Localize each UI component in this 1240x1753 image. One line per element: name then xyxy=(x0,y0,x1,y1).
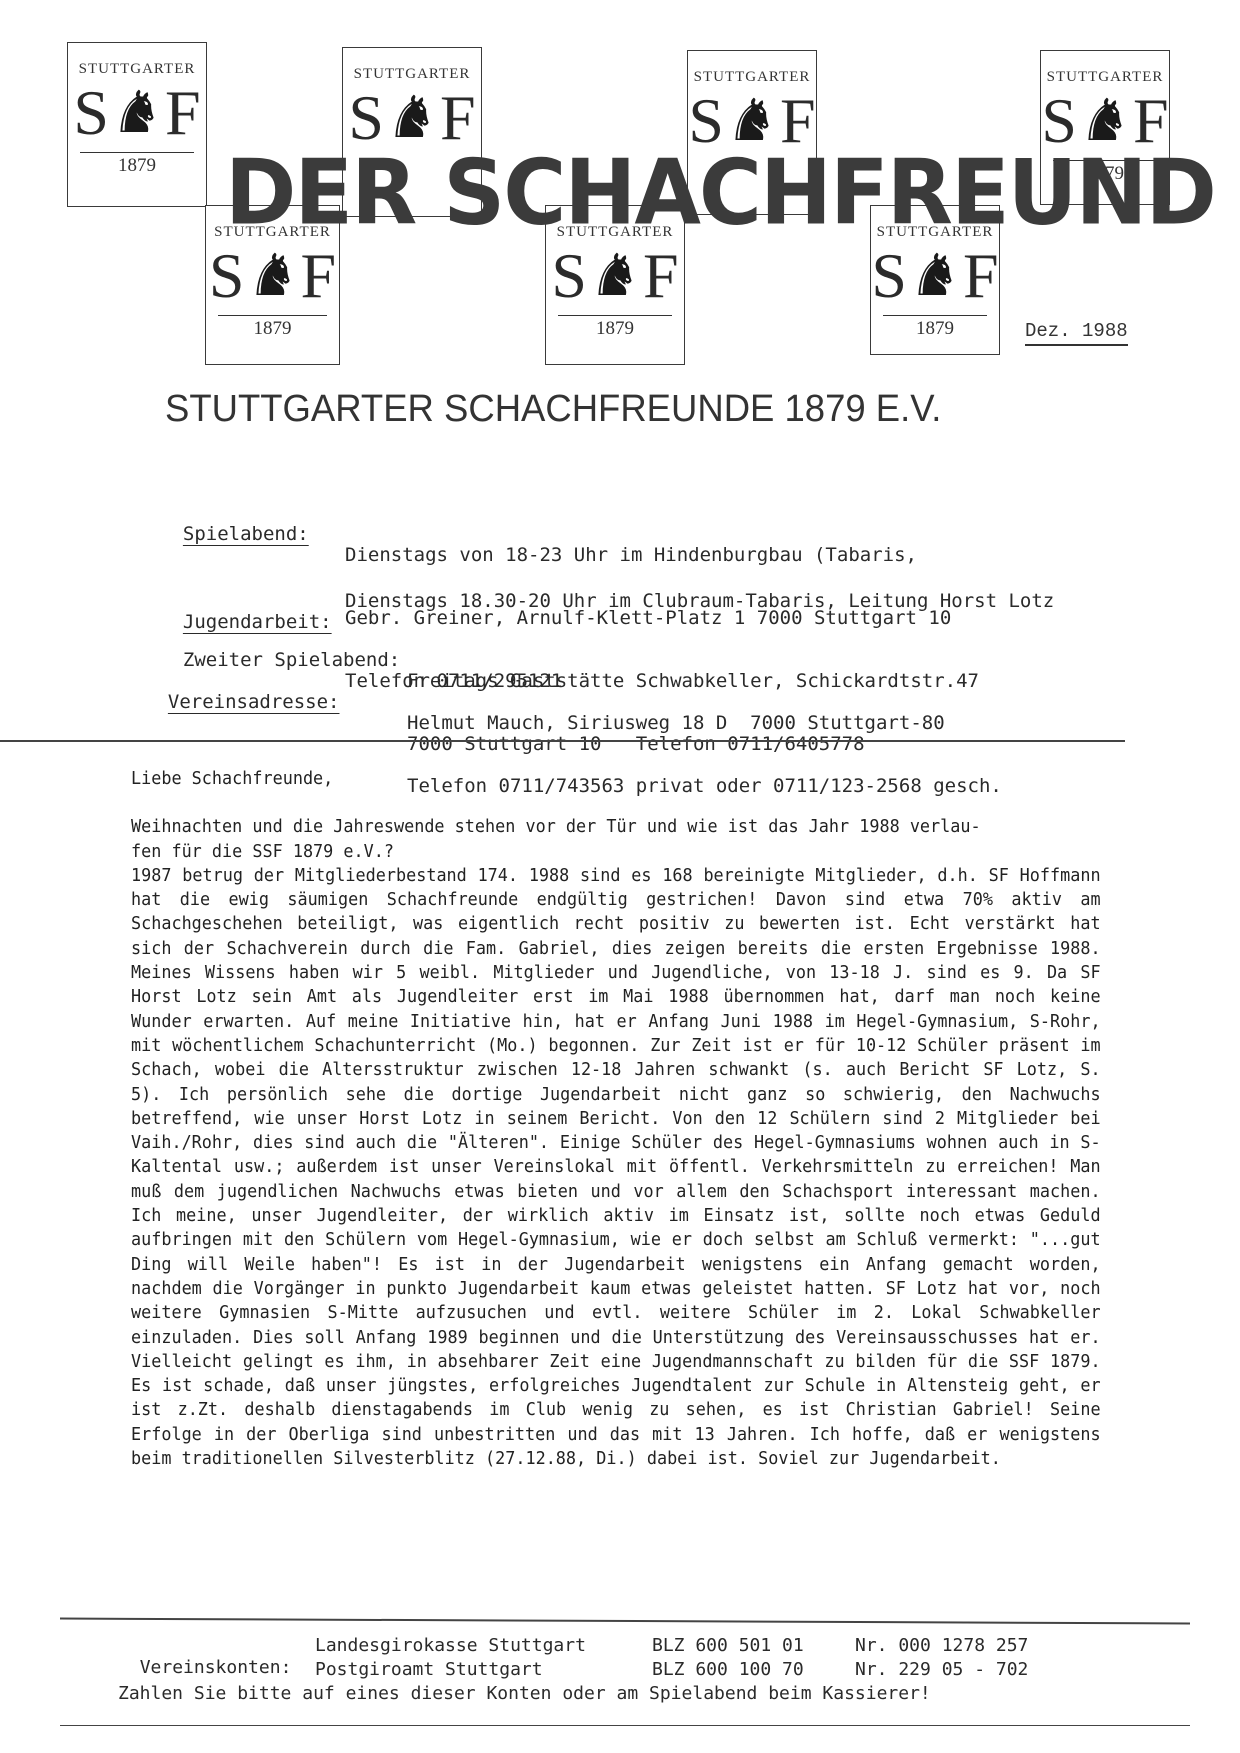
club-name: STUTTGARTER SCHACHFREUNDE 1879 E.V. xyxy=(165,388,941,431)
logo-letter-s: S xyxy=(73,78,109,148)
account-nr-2: Nr. 229 05 - 702 xyxy=(855,1659,1028,1681)
account-bank-2: Postgiroamt Stuttgart xyxy=(315,1659,543,1681)
letter-paragraph: Weihnachten und die Jahreswende stehen v… xyxy=(131,815,1101,1471)
logo-top-text: STUTTGARTER xyxy=(68,61,206,78)
logo-year: 1879 xyxy=(206,318,339,340)
info-label: Zweiter Spielabend: xyxy=(183,649,400,671)
issue-date: Dez. 1988 xyxy=(1025,320,1128,346)
club-logo: STUTTGARTER S♞F 1879 xyxy=(67,42,207,207)
chess-knight-icon: ♞ xyxy=(386,88,438,148)
info-zweiter-spielabend: Zweiter Spielabend: xyxy=(160,629,400,671)
salutation: Liebe Schachfreunde, xyxy=(131,767,1101,791)
info-line: Dienstags von 18-23 Uhr im Hindenburgbau… xyxy=(345,545,951,566)
account-blz-1: BLZ 600 501 01 xyxy=(652,1635,804,1657)
info-jugendarbeit: Jugendarbeit: xyxy=(160,591,332,633)
footer-label: Vereinskonten: xyxy=(140,1657,292,1678)
info-line: Helmut Mauch, Siriusweg 18 D 7000 Stuttg… xyxy=(407,713,1002,734)
chess-knight-icon: ♞ xyxy=(909,246,961,306)
chess-knight-icon: ♞ xyxy=(247,246,299,306)
logo-year: 1879 xyxy=(871,318,999,340)
logo-top-text: STUTTGARTER xyxy=(1041,69,1169,86)
logo-letter-f: F xyxy=(165,78,201,148)
bank-accounts: Vereinskonten: xyxy=(118,1635,291,1679)
newsletter-title: DER SCHACHFREUND xyxy=(225,146,1215,241)
divider xyxy=(60,1725,1190,1726)
account-blz-2: BLZ 600 100 70 xyxy=(652,1659,804,1681)
logo-letter-s: S xyxy=(209,241,245,311)
chess-knight-icon: ♞ xyxy=(111,83,163,143)
letter-body: Liebe Schachfreunde, Weihnachten und die… xyxy=(131,767,1101,1471)
logo-letter-f: F xyxy=(963,241,999,311)
logo-letter-f: F xyxy=(643,241,679,311)
logo-letter-s: S xyxy=(871,241,907,311)
account-bank-1: Landesgirokasse Stuttgart xyxy=(315,1635,586,1657)
info-label: Spielabend: xyxy=(183,523,309,545)
account-nr-1: Nr. 000 1278 257 xyxy=(855,1635,1028,1657)
logo-letter-s: S xyxy=(551,241,587,311)
logo-year: 1879 xyxy=(68,155,206,177)
divider xyxy=(0,740,1125,742)
logo-top-text: STUTTGARTER xyxy=(688,69,816,86)
chess-knight-icon: ♞ xyxy=(589,246,641,306)
logo-year: 1879 xyxy=(546,318,684,340)
logo-letter-f: F xyxy=(301,241,337,311)
divider xyxy=(60,1618,1190,1625)
logo-top-text: STUTTGARTER xyxy=(343,66,481,83)
info-vereinsadresse: Vereinsadresse: xyxy=(145,671,339,713)
info-spielabend: Spielabend: xyxy=(160,503,309,545)
info-jugendarbeit-text: Dienstags 18.30-20 Uhr im Clubraum-Tabar… xyxy=(345,591,1054,612)
payment-note: Zahlen Sie bitte auf eines dieser Konten… xyxy=(118,1683,931,1705)
info-label: Vereinsadresse: xyxy=(168,691,340,713)
